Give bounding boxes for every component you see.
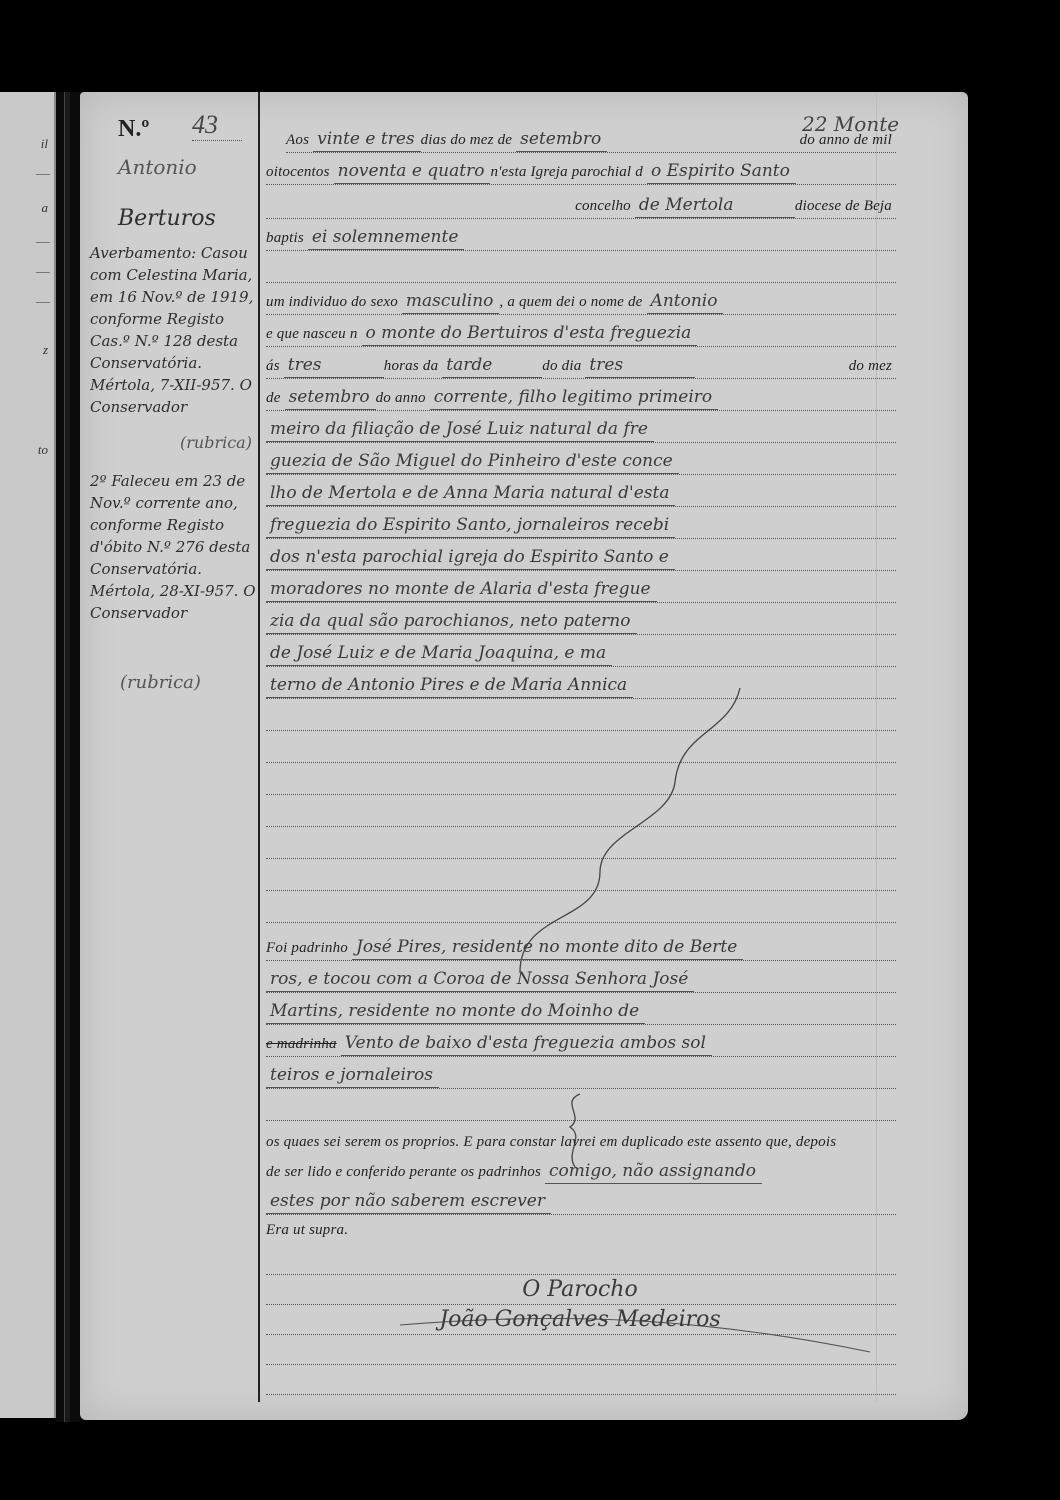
- ruled-line: [36, 242, 50, 243]
- fragment-text: z: [43, 342, 48, 358]
- entry-line: Martins, residente no monte do Moinho de: [266, 994, 896, 1025]
- fragment-text: a: [42, 200, 49, 216]
- ruled-line: [36, 302, 50, 303]
- entry-line: teiros e jornaleiros: [266, 1058, 896, 1089]
- binding-thread: [64, 92, 70, 1422]
- parish-priest-signature: João Gonçalves Medeiros: [435, 1307, 726, 1334]
- signature-line: João Gonçalves Medeiros: [266, 1304, 896, 1335]
- signature-line: [266, 1334, 896, 1365]
- closing-line: estes por não saberem escrever: [266, 1184, 896, 1215]
- godfather-line: Foi padrinho José Pires, residente no mo…: [266, 930, 896, 961]
- handwritten-godfather: José Pires, residente no monte dito de B…: [352, 937, 743, 960]
- fragment-text: to: [38, 442, 48, 458]
- signature-line: O Parocho: [266, 1274, 896, 1305]
- entry-line: ros, e tocou com a Coroa de Nossa Senhor…: [266, 962, 896, 993]
- signature-line: [266, 1244, 896, 1275]
- previous-page-fragment: il a z to: [0, 92, 56, 1418]
- parish-priest-title: O Parocho: [518, 1277, 643, 1304]
- closing-line: de ser lido e conferido perante os padri…: [266, 1154, 896, 1184]
- fragment-text: il: [41, 136, 48, 152]
- godmother-line: e madrinha Vento de baixo d'esta freguez…: [266, 1026, 896, 1057]
- ruled-line: [36, 272, 50, 273]
- register-page: N.º 43 Antonio Berturos Averbamento: Cas…: [80, 92, 968, 1420]
- blank-line: [266, 1090, 896, 1121]
- era-ut-supra: Era ut supra.: [266, 1212, 896, 1242]
- book-binding: [56, 92, 80, 1422]
- signature-line: [266, 1364, 896, 1395]
- ruled-line: [36, 174, 50, 175]
- closing-line: os quaes sei serem os proprios. E para c…: [266, 1124, 896, 1154]
